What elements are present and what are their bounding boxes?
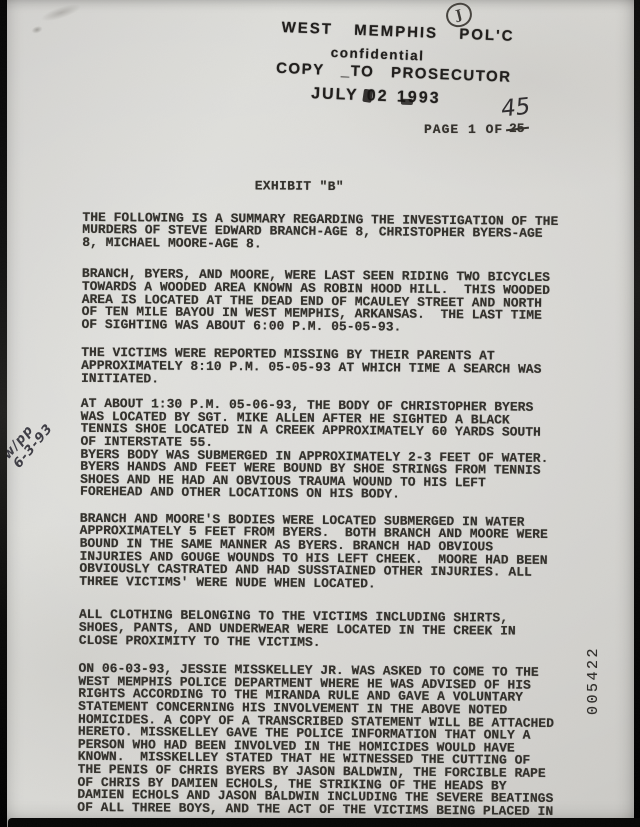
exhibit-heading: EXHIBIT "B" [255,180,585,195]
stamp-line-date: JULY 02 1993 [311,86,441,107]
page-total-struck-out: 25 [509,122,525,135]
scan-edge-left [0,0,7,827]
stamp-line-copy-to-prosecutor: COPY _TO PROSECUTOR [276,61,512,85]
stamp-line-confidential: confidential [331,46,425,63]
pencil-smudge [18,0,91,38]
summary-paragraph: THE FOLLOWING IS A SUMMARY REGARDING THE… [82,211,584,253]
typed-body: EXHIBIT "B" THE FOLLOWING IS A SUMMARY R… [77,179,585,819]
scanned-document: J WEST MEMPHIS POL'C confidential COPY _… [0,0,640,827]
ink-blob [401,99,413,105]
summary-paragraph: AT ABOUT 1:30 P.M. 05-06-93, THE BODY OF… [80,398,583,503]
summary-paragraph: ALL CLOTHING BELONGING TO THE VICTIMS IN… [79,609,581,651]
summary-paragraph: BRANCH, BYERS, AND MOORE, WERE LAST SEEN… [81,268,584,335]
summary-paragraph: ON 06-03-93, JESSIE MISSKELLEY JR. WAS A… [77,663,580,819]
document-control-number: 005422 [585,625,603,715]
scan-edge-right [634,0,640,827]
ink-blob [362,89,373,103]
stamp-line-department: WEST MEMPHIS POL'C [281,20,514,44]
police-copy-stamp: WEST MEMPHIS POL'C confidential COPY _TO… [266,20,505,129]
page-total-handwritten: 45 [500,95,531,121]
page-number-label: PAGE 1 OF [424,123,503,136]
summary-paragraph: THE VICTIMS WERE REPORTED MISSING BY THE… [81,347,583,389]
handwritten-margin-note: w/pp 6-3-93 [1,413,57,472]
scan-edge-bottom [8,818,640,827]
summary-paragraph: BRANCH AND MOORE'S BODIES WERE LOCATED S… [79,513,582,593]
